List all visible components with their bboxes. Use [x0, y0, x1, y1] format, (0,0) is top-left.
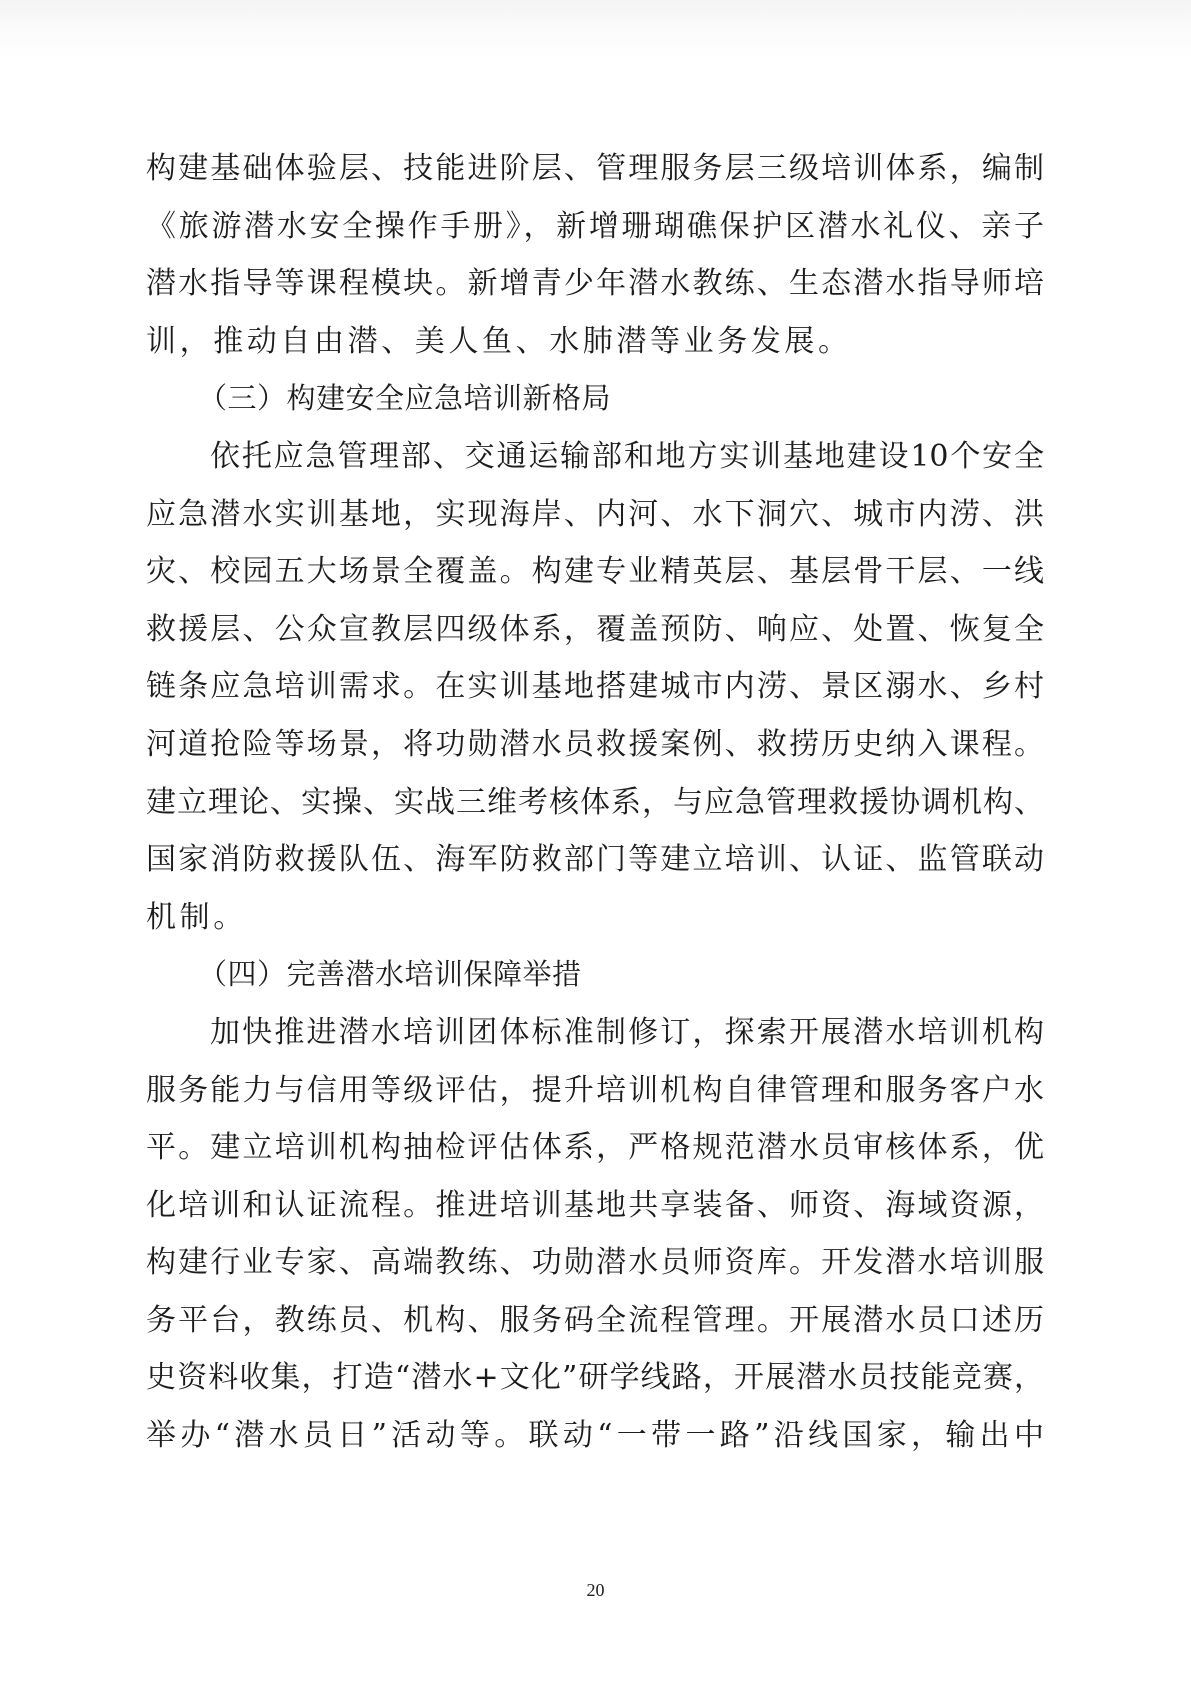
text-line: 灾、校园五大场景全覆盖。构建专业精英层、基层骨干层、一线	[146, 543, 1044, 601]
scan-margin-band	[0, 0, 1191, 60]
text-line: 化培训和认证流程。推进培训基地共享装备、师资、海域资源，	[146, 1177, 1044, 1235]
paragraph-start-line: 加快推进潜水培训团体标准制修订，探索开展潜水培训机构	[146, 1004, 1044, 1062]
paragraph-start-line: 依托应急管理部、交通运输部和地方实训基地建设10个安全	[146, 428, 1044, 486]
text-line: 举办“潜水员日”活动等。联动“一带一路”沿线国家，输出中	[146, 1407, 1044, 1465]
text-line: 务平台，教练员、机构、服务码全流程管理。开展潜水员口述历	[146, 1292, 1044, 1350]
text-line: 潜水指导等课程模块。新增青少年潜水教练、生态潜水指导师培	[146, 255, 1044, 313]
section-heading-4: （四）完善潜水培训保障举措	[146, 946, 1044, 1004]
text-line: 《旅游潜水安全操作手册》，新增珊瑚礁保护区潜水礼仪、亲子	[146, 198, 1044, 256]
text-line: 服务能力与信用等级评估，提升培训机构自律管理和服务客户水	[146, 1062, 1044, 1120]
text-line: 训，推动自由潜、美人鱼、水肺潜等业务发展。	[146, 313, 1044, 371]
text-line: 链条应急培训需求。在实训基地搭建城市内涝、景区溺水、乡村	[146, 658, 1044, 716]
text-line: 构建行业专家、高端教练、功勋潜水员师资库。开发潜水培训服	[146, 1234, 1044, 1292]
text-line: 救援层、公众宣教层四级体系，覆盖预防、响应、处置、恢复全	[146, 601, 1044, 659]
text-line: 平。建立培训机构抽检评估体系，严格规范潜水员审核体系，优	[146, 1119, 1044, 1177]
page-number: 20	[0, 1580, 1191, 1601]
text-line: 建立理论、实操、实战三维考核体系，与应急管理救援协调机构、	[146, 774, 1044, 832]
section-heading-3: （三）构建安全应急培训新格局	[146, 370, 1044, 428]
text-line: 史资料收集，打造“潜水+文化”研学线路，开展潜水员技能竞赛，	[146, 1349, 1044, 1407]
text-line: 应急潜水实训基地，实现海岸、内河、水下洞穴、城市内涝、洪	[146, 486, 1044, 544]
text-line: 国家消防救援队伍、海军防救部门等建立培训、认证、监管联动	[146, 831, 1044, 889]
text-line: 河道抢险等场景，将功勋潜水员救援案例、救捞历史纳入课程。	[146, 716, 1044, 774]
text-line: 构建基础体验层、技能进阶层、管理服务层三级培训体系，编制	[146, 140, 1044, 198]
text-line: 机制。	[146, 889, 1044, 947]
document-body: 构建基础体验层、技能进阶层、管理服务层三级培训体系，编制 《旅游潜水安全操作手册…	[146, 140, 1044, 1465]
